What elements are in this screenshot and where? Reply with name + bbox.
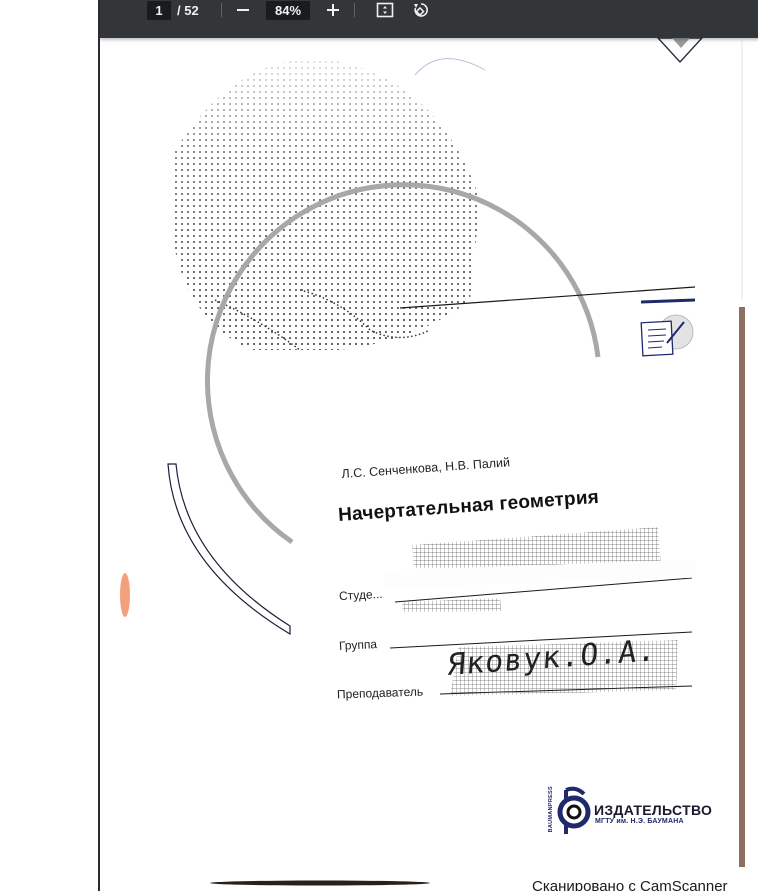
fit-to-page-button[interactable] — [375, 0, 395, 20]
fit-to-page-icon — [376, 2, 394, 18]
publisher-vertical-brand: BAUMANPRESS — [548, 786, 554, 832]
zoom-in-button[interactable] — [324, 0, 342, 20]
notepad-pencil-icon — [641, 315, 693, 356]
toolbar-divider — [221, 3, 222, 17]
page-number-input[interactable]: 1 — [147, 1, 171, 20]
teacher-label: Преподаватель — [337, 685, 424, 702]
zoom-out-button[interactable] — [234, 0, 252, 20]
group-label: Группа — [339, 637, 378, 653]
cover-artwork — [0, 0, 758, 891]
publisher-subtitle: МГТУ им. Н.Э. БАУМАНА — [595, 818, 684, 825]
rotate-icon — [412, 1, 430, 19]
publisher-name: ИЗДАТЕЛЬСТВО — [594, 802, 712, 818]
student-label: Студе... — [339, 587, 383, 603]
toolbar-divider — [354, 3, 355, 17]
page-total: / 52 — [177, 2, 199, 19]
plus-icon — [326, 3, 340, 17]
publisher-logo — [560, 789, 588, 834]
zoom-level-input[interactable]: 84% — [266, 1, 310, 20]
outlined-arc-graphic — [168, 464, 290, 634]
camscanner-watermark: Сканировано с CamScanner — [532, 878, 728, 891]
rotate-button[interactable] — [411, 0, 431, 20]
pdf-toolbar: 1 / 52 84% — [100, 0, 758, 38]
minus-icon — [236, 3, 250, 17]
